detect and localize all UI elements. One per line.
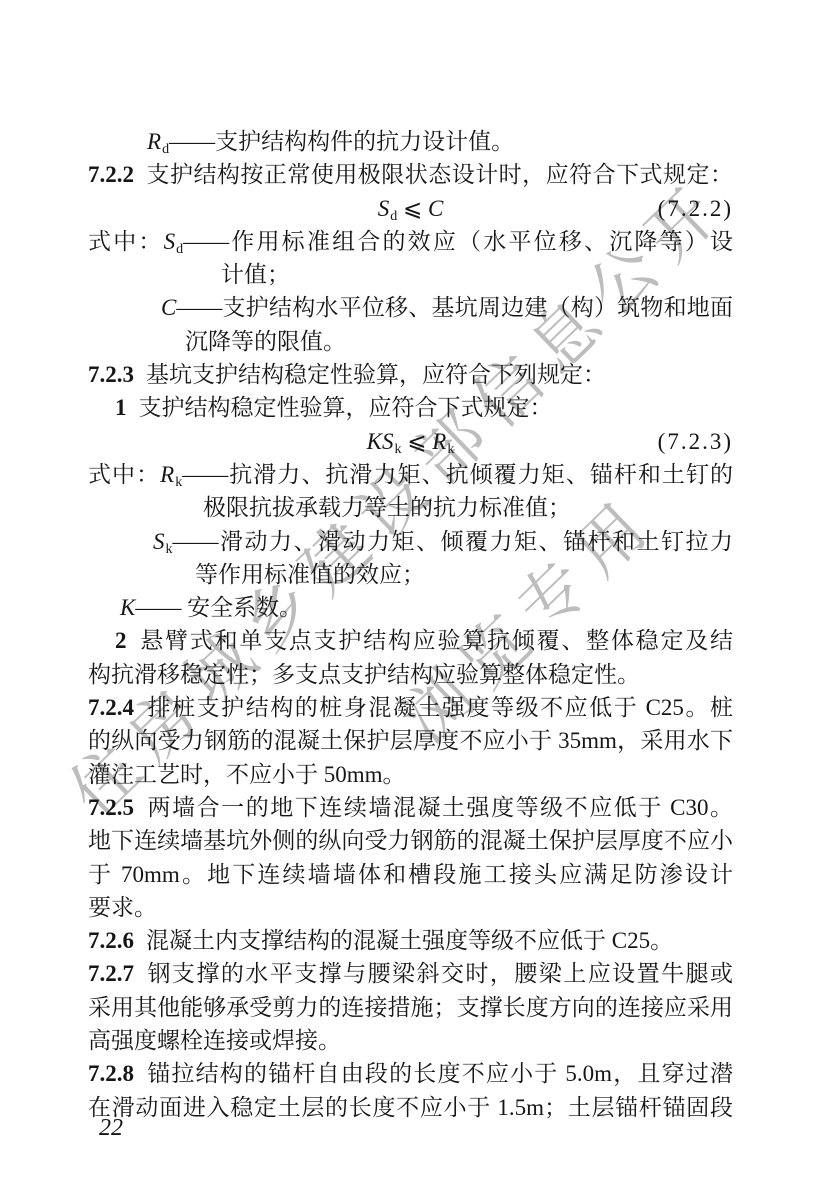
clause-number: 7.2.6 (88, 928, 134, 953)
variable: Sd (378, 196, 398, 221)
text-block: Rd——支护结构构件的抗力设计值。7.2.2支护结构按正常使用极限状态设计时，应… (88, 125, 733, 1124)
equation-number: (7.2.2) (658, 192, 733, 225)
clause-number: 2 (115, 628, 127, 653)
text-line: 地下连续墙基坑外侧的纵向受力钢筋的混凝土保护层厚度不应小 (88, 824, 733, 857)
clause-number: 7.2.2 (88, 162, 134, 187)
text-line: 在滑动面进入稳定土层的长度不应小于 1.5m；土层锚杆锚固段 (88, 1091, 733, 1124)
text-line: 7.2.4排桩支护结构的桩身混凝土强度等级不应低于 C25。桩 (88, 691, 733, 724)
text-line: 计值； (88, 258, 733, 291)
text-line: 式中：Rk——抗滑力、抗滑力矩、抗倾覆力矩、锚杆和土钉的 (88, 458, 733, 491)
text-line: Rd——支护结构构件的抗力设计值。 (88, 125, 733, 158)
text-line: 1支护结构稳定性验算，应符合下式规定： (88, 391, 733, 424)
text-line: 的纵向受力钢筋的混凝土保护层厚度不应小于 35mm，采用水下 (88, 724, 733, 757)
text-line: 2悬臂式和单支点支护结构应验算抗倾覆、整体稳定及结 (88, 624, 733, 657)
variable-subscript: k (447, 442, 454, 457)
text-line: 7.2.6混凝土内支撑结构的混凝土强度等级不应低于 C25。 (88, 924, 733, 957)
variable: C (428, 196, 443, 221)
clause-number: 7.2.8 (88, 1061, 134, 1086)
variable-subscript: k (395, 442, 402, 457)
text-line: 7.2.5两墙合一的地下连续墙混凝土强度等级不应低于 C30。 (88, 791, 733, 824)
variable: Sd (164, 229, 184, 254)
variable-subscript: d (162, 142, 169, 157)
variable-subscript: d (390, 209, 397, 224)
text-line: 采用其他能够承受剪力的连接措施；支撑长度方向的连接应采用 (88, 991, 733, 1024)
equation-number: (7.2.3) (658, 425, 733, 458)
text-line: C——支护结构水平位移、基坑周边建（构）筑物和地面 (88, 291, 733, 324)
document-page: 住房城乡建设部信息公开 浏览专用 Rd——支护结构构件的抗力设计值。7.2.2支… (0, 0, 828, 1198)
text-line: 等作用标准值的效应； (88, 558, 733, 591)
variable: Sk (153, 529, 173, 554)
formula-line: Sd ⩽ C(7.2.2) (88, 192, 733, 225)
text-line: 构抗滑移稳定性；多支点支护结构应验算整体稳定性。 (88, 658, 733, 691)
text-line: 式中：Sd——作用标准组合的效应（水平位移、沉降等）设 (88, 225, 733, 258)
clause-number: 7.2.3 (88, 362, 134, 387)
text-line: 灌注工艺时，不应小于 50mm。 (88, 758, 733, 791)
clause-number: 1 (115, 395, 127, 420)
clause-number: 7.2.7 (88, 961, 134, 986)
text-line: K—— 安全系数。 (88, 591, 733, 624)
variable: KSk (367, 429, 402, 454)
variable: Rd (147, 129, 169, 154)
formula-line: KSk ⩽ Rk(7.2.3) (88, 425, 733, 458)
text-line: 7.2.2支护结构按正常使用极限状态设计时，应符合下式规定： (88, 158, 733, 191)
variable: C (161, 295, 176, 320)
text-line: 高强度螺栓连接或焊接。 (88, 1024, 733, 1057)
variable-subscript: k (166, 542, 173, 557)
text-line: 沉降等的限值。 (88, 325, 733, 358)
text-line: 7.2.7钢支撑的水平支撑与腰梁斜交时，腰梁上应设置牛腿或 (88, 957, 733, 990)
variable: K (120, 595, 135, 620)
variable: Rk (432, 429, 454, 454)
text-line: 要求。 (88, 891, 733, 924)
variable: Rk (160, 462, 182, 487)
clause-number: 7.2.4 (88, 695, 134, 720)
variable-subscript: k (175, 475, 182, 490)
text-line: Sk——滑动力、滑动力矩、倾覆力矩、锚杆和土钉拉力 (88, 525, 733, 558)
text-line: 极限抗拔承载力等土的抗力标准值； (88, 491, 733, 524)
text-line: 7.2.3基坑支护结构稳定性验算，应符合下列规定： (88, 358, 733, 391)
clause-number: 7.2.5 (88, 795, 134, 820)
text-line: 于 70mm。地下连续墙墙体和槽段施工接头应满足防渗设计 (88, 858, 733, 891)
text-line: 7.2.8锚拉结构的锚杆自由段的长度不应小于 5.0m，且穿过潜 (88, 1057, 733, 1090)
page-number: 22 (99, 1112, 123, 1145)
variable-subscript: d (176, 242, 183, 257)
